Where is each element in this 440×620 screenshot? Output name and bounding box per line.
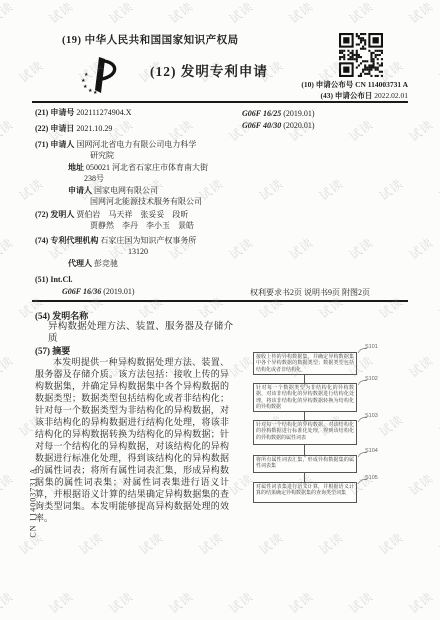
patent-front-page: 试读试读试读试读试读试读试读试读试读试读试读试读试读试读试读试读试读试读试读试读…: [0, 0, 440, 620]
watermark-text: 试读: [376, 293, 407, 322]
watermark-text: 试读: [0, 0, 16, 27]
agent-label: 代理人: [68, 259, 92, 268]
application-date-label: (22) 申请日: [35, 124, 74, 133]
watermark-text: 试读: [256, 529, 287, 558]
watermark-text: 试读: [106, 588, 137, 617]
watermark-text: 试读: [0, 116, 16, 145]
svg-text:★: ★: [93, 90, 98, 96]
intcl-code-2: G06F 16/25: [242, 109, 281, 118]
watermark-text: 试读: [436, 529, 440, 558]
applicant2-name: 国家电网有限公司: [94, 186, 158, 195]
intcl-entry-2: G06F 16/25 (2019.01): [242, 109, 315, 119]
watermark-text: 试读: [286, 588, 317, 617]
watermark-text: 试读: [106, 0, 137, 27]
watermark-text: 试读: [436, 175, 440, 204]
application-date-row: (22) 申请日 2021.10.29: [35, 124, 112, 134]
watermark-text: 试读: [436, 411, 440, 440]
flow-step-id-4: S104: [365, 448, 378, 454]
watermark-text: 试读: [346, 0, 377, 27]
watermark-text: 试读: [0, 470, 16, 499]
agency-label: (74) 专利代理机构: [35, 236, 98, 245]
applicant-label: (71) 申请人: [35, 140, 74, 149]
inventors-row: (72) 发明人 贾伯岩 马天祥 张妥妥 段昕: [35, 210, 188, 220]
watermark-text: 试读: [46, 588, 77, 617]
watermark-text: 试读: [286, 234, 317, 263]
watermark-text: 试读: [346, 588, 377, 617]
publication-date: 2022.02.01: [374, 91, 408, 100]
pages-info: 权利要求书2页 说明书9页 附图2页: [250, 288, 370, 298]
intcl-date-1: (2019.01): [103, 287, 134, 296]
abstract-text: 本发明提供一种异构数据处理方法、装置、服务器及存储介质。该方法包括：接收上传的异…: [35, 356, 229, 524]
flow-arrow-1: [304, 375, 305, 383]
watermark-text: 试读: [226, 234, 257, 263]
flow-arrow-2: [304, 412, 305, 420]
watermark-text: 试读: [196, 293, 227, 322]
publication-date-label: (43) 申请公布日: [321, 91, 373, 100]
abstract-figure-flowchart: 接收上传的异构数据集，并确定异构数据集中各个异构数据的数据类型；数据类型包括结构…: [243, 344, 413, 516]
address-line1: 050021 河北省石家庄市体育南大街: [86, 163, 208, 172]
flow-step-id-2: S102: [365, 376, 378, 382]
application-number-label: (21) 申请号: [35, 108, 74, 117]
applicant2-row: 申请人 国家电网有限公司: [68, 186, 158, 196]
flow-step-box-4: 将所有属性词表汇集，形成异构数据集的属性词表集: [253, 455, 357, 473]
invention-title: 异构数据处理方法、装置、服务器及存储介质: [48, 321, 233, 345]
watermark-text: 试读: [316, 529, 347, 558]
agency-row: (74) 专利代理机构 石家庄国为知识产权事务所: [35, 236, 196, 246]
watermark-text: 试读: [256, 175, 287, 204]
applicant2-label: 申请人: [68, 186, 92, 195]
side-publication-number: CN 114003731 A: [29, 457, 38, 549]
publication-number-label: (10) 申请公布号: [301, 80, 353, 89]
applicant3-name: 国网河北能源技术服务有限公司: [90, 197, 202, 207]
watermark-text: 试读: [136, 293, 167, 322]
watermark-text: 试读: [136, 529, 167, 558]
flow-arrow-3: [304, 445, 305, 455]
agency-code: 13120: [128, 247, 148, 257]
applicant-row: (71) 申请人 国网河北省电力有限公司电力科学: [35, 140, 196, 150]
watermark-text: 试读: [406, 116, 437, 145]
watermark-text: 试读: [166, 588, 197, 617]
publication-number: CN 114003731 A: [355, 80, 408, 89]
agency-name: 石家庄国为知识产权事务所: [100, 236, 196, 245]
watermark-text: 试读: [226, 0, 257, 27]
watermark-text: 试读: [376, 529, 407, 558]
flow-step-id-3: S103: [365, 413, 378, 419]
publication-number-line: (10) 申请公布号 CN 114003731 A: [301, 79, 408, 90]
flow-arrow-4: [304, 473, 305, 482]
header-divider: [32, 101, 408, 103]
watermark-text: 试读: [16, 175, 47, 204]
watermark-text: 试读: [436, 57, 440, 86]
watermark-text: 试读: [226, 588, 257, 617]
application-number: 202111274904.X: [76, 108, 131, 117]
inventors-line1: 贾伯岩 马天祥 张妥妥 段昕: [76, 210, 188, 219]
flow-step-box-3: 针对每一个结构化的异构数据，对该结构化的异构数据进行标准化处理，得到该结构化的异…: [253, 420, 357, 445]
watermark-text: 试读: [316, 175, 347, 204]
watermark-text: 试读: [46, 0, 77, 27]
document-type-title: (12) 发明专利申请: [150, 60, 268, 80]
watermark-text: 试读: [196, 529, 227, 558]
intcl-entry-1: G06F 16/36 (2019.01): [62, 287, 135, 297]
intcl-code-1: G06F 16/36: [62, 287, 101, 296]
application-date: 2021.10.29: [76, 124, 112, 133]
address-label: 地址: [68, 163, 84, 172]
flow-step-id-1: S101: [365, 344, 378, 350]
qr-code: [337, 33, 385, 77]
watermark-text: 试读: [286, 0, 317, 27]
watermark-text: 试读: [0, 352, 16, 381]
watermark-text: 试读: [166, 0, 197, 27]
address-row: 地址 050021 河北省石家庄市体育南大街: [68, 163, 208, 173]
watermark-text: 试读: [76, 529, 107, 558]
watermark-text: 试读: [0, 588, 16, 617]
watermark-text: 试读: [406, 588, 437, 617]
watermark-text: 试读: [406, 234, 437, 263]
office-name: (19) 中华人民共和国国家知识产权局: [62, 32, 239, 47]
watermark-text: 试读: [346, 234, 377, 263]
watermark-text: 试读: [376, 175, 407, 204]
applicant1-line2: 研究院: [90, 151, 114, 161]
cnipa-logo-icon: ★ ★ ★ ★ ★: [78, 54, 120, 96]
intcl-entry-3: G06F 40/30 (2020.01): [242, 121, 315, 131]
watermark-text: 试读: [16, 57, 47, 86]
flow-step-id-5: S105: [365, 475, 378, 481]
inventors-label: (72) 发明人: [35, 210, 74, 219]
intcl-date-2: (2019.01): [283, 109, 314, 118]
biblio-divider: [32, 300, 408, 302]
intcl-label: (51) Int.Cl.: [35, 275, 73, 285]
agent-name: 彭竞驰: [94, 259, 118, 268]
application-number-row: (21) 申请号 202111274904.X: [35, 108, 132, 118]
inventors-line2: 贾静然 李丹 李小玉 景皓: [90, 221, 194, 231]
flow-step-box-2: 针对每一个数据类型为非结构化的异构数据，对该非结构化的异构数据进行结构化处理，将…: [253, 383, 357, 412]
flow-step-box-5: 对属性词表集进行语义计算，并根据语义计算的结果确定异构数据集的查询类型词集: [253, 482, 357, 503]
watermark-text: 试读: [0, 234, 16, 263]
watermark-text: 试读: [406, 0, 437, 27]
intcl-code-3: G06F 40/30: [242, 121, 281, 130]
intcl-date-3: (2020.01): [283, 121, 314, 130]
publication-date-line: (43) 申请公布日 2022.02.01: [321, 90, 409, 101]
applicant1-line1: 国网河北省电力有限公司电力科学: [76, 140, 196, 149]
agent-row: 代理人 彭竞驰: [68, 259, 118, 269]
address-line2: 238号: [84, 174, 104, 184]
watermark-text: 试读: [346, 116, 377, 145]
watermark-text: 试读: [436, 293, 440, 322]
flow-step-box-1: 接收上传的异构数据集，并确定异构数据集中各个异构数据的数据类型；数据类型包括结构…: [253, 352, 357, 375]
